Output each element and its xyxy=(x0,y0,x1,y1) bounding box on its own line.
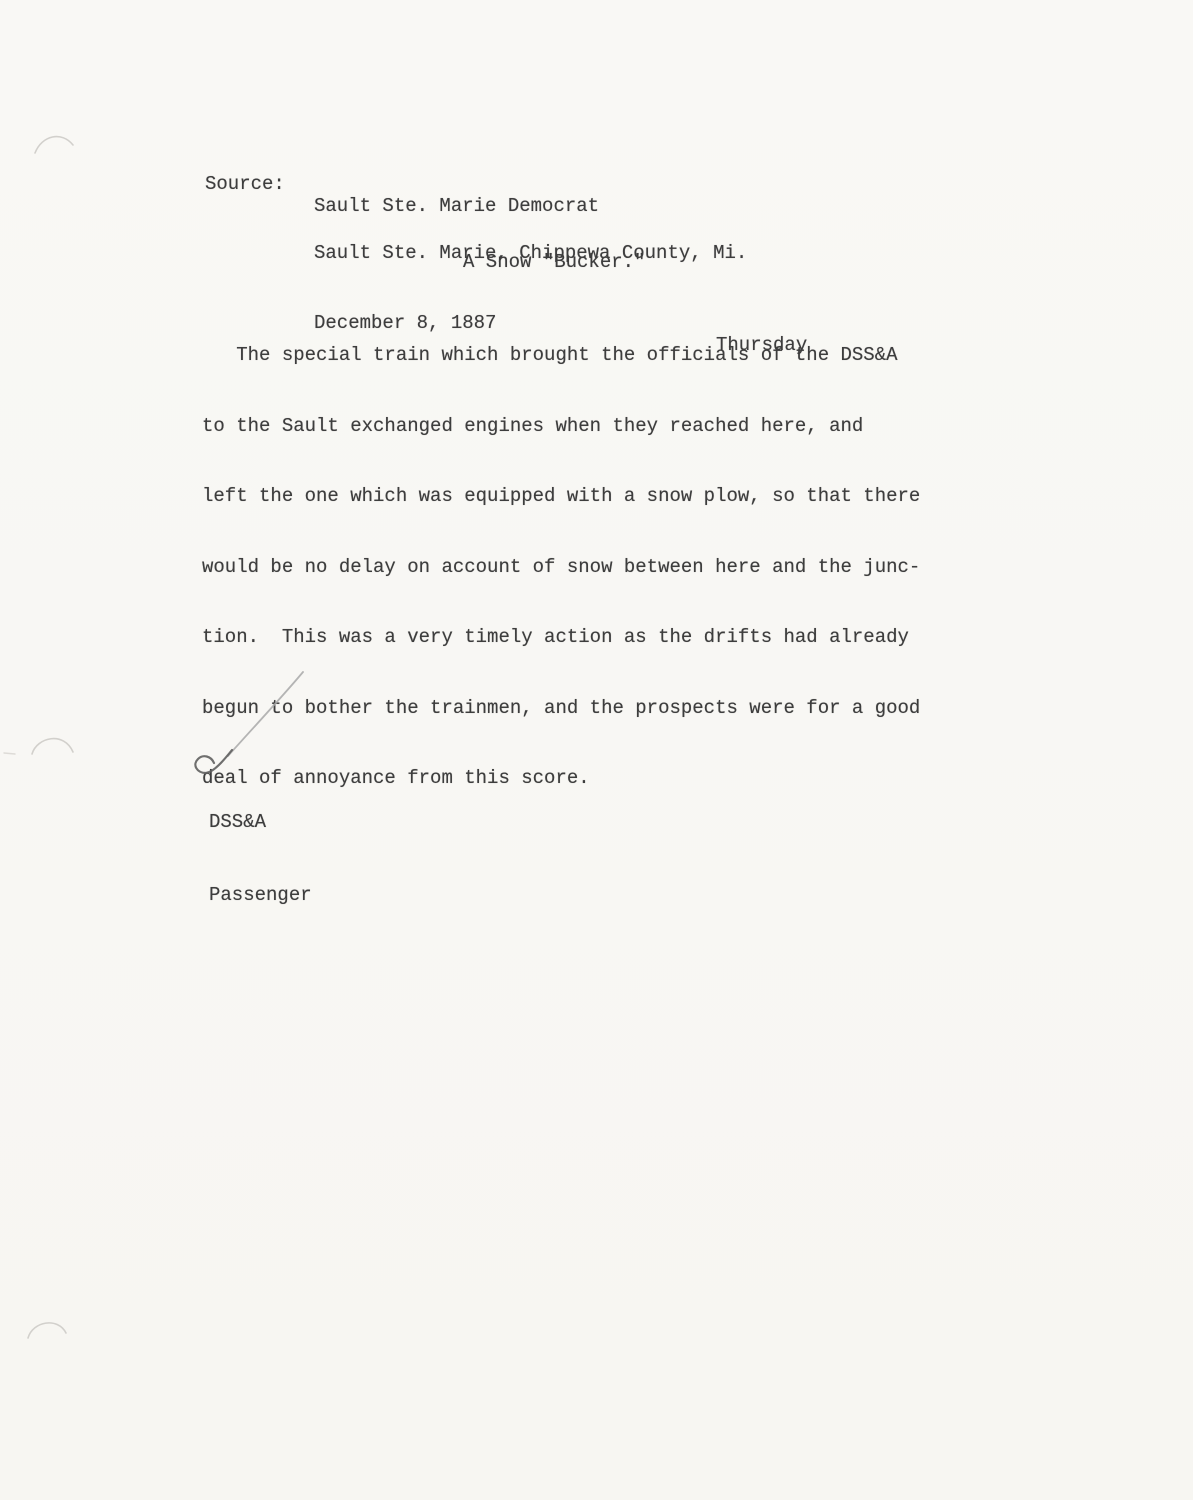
subject-label-block: DSS&A Passenger xyxy=(209,762,312,956)
punch-hole-mark-middle xyxy=(32,739,73,754)
punch-hole-mark-bottom xyxy=(28,1323,66,1338)
article-body-line: tion. This was a very timely action as t… xyxy=(202,626,920,650)
article-body-line: would be no delay on account of snow bet… xyxy=(202,556,920,580)
article-body-line: to the Sault exchanged engines when they… xyxy=(202,415,920,439)
article-body: The special train which brought the offi… xyxy=(202,297,920,838)
source-row-2: Sault Ste. Marie, Chippewa County, Mi. xyxy=(205,220,955,245)
article-body-line: The special train which brought the offi… xyxy=(202,344,920,368)
article-title: A Snow "Bucker." xyxy=(463,250,645,275)
punch-hole-mark-top xyxy=(35,137,73,153)
scanned-document-page: Source: Sault Ste. Marie Democrat Sault … xyxy=(0,0,1193,1500)
source-row-1: Source: Sault Ste. Marie Democrat xyxy=(205,151,955,176)
article-body-line: begun to bother the trainmen, and the pr… xyxy=(202,697,920,721)
punch-hole-mark-middle-tick xyxy=(4,753,15,754)
source-publication: Sault Ste. Marie Democrat xyxy=(314,195,599,217)
subject-label-railroad: DSS&A xyxy=(209,810,312,834)
source-label: Source: xyxy=(205,173,285,195)
subject-label-category: Passenger xyxy=(209,883,312,907)
article-body-line: left the one which was equipped with a s… xyxy=(202,485,920,509)
